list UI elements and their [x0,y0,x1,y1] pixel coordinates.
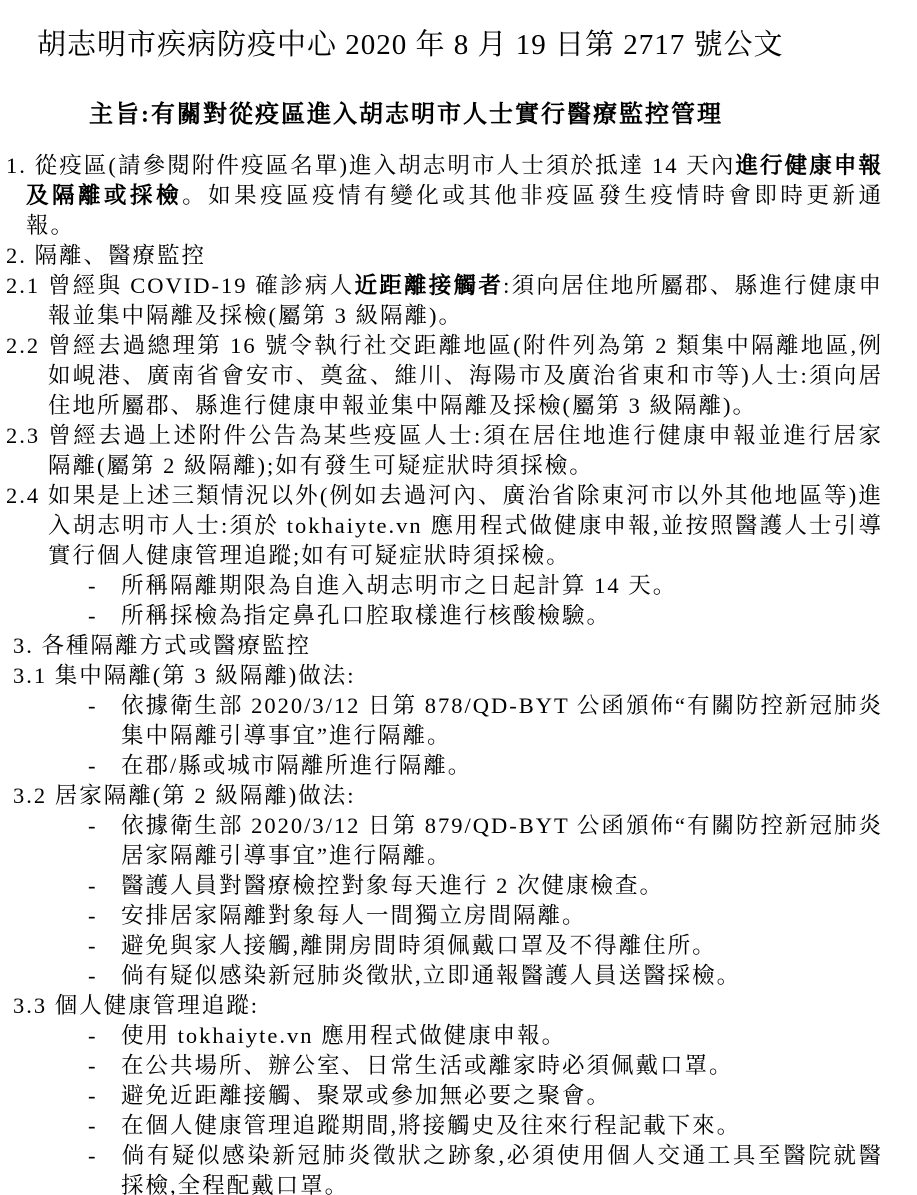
text-run: 醫護人員對醫療檢控對象每天進行 2 次健康檢查。 [121,873,664,898]
item-3-2-b: -醫護人員對醫療檢控對象每天進行 2 次健康檢查。 [6,871,883,901]
item-3-1-a: -依據衛生部 2020/3/12 日第 878/QD-BYT 公函頒佈“有關防控… [6,691,883,751]
item-1: 1. 從疫區(請參閱附件疫區名單)進入胡志明市人士須於抵達 14 天內進行健康申… [6,151,883,241]
bullet-dash: - [88,1141,121,1171]
text-run: 2.4 如果是上述三類情況以外(例如去過河內、廣治省除東河市以外其他地區等)進入… [6,483,883,568]
bullet-dash: - [88,1051,121,1081]
text-run: 使用 tokhaiyte.vn 應用程式做健康申報。 [121,1023,566,1048]
bullet-dash: - [88,961,121,991]
item-2-1: 2.1 曾經與 COVID-19 確診病人近距離接觸者:須向居住地所屬郡、縣進行… [6,271,883,331]
bullet-dash: - [88,1021,121,1051]
item-2-3: 2.3 曾經去過上述附件公告為某些疫區人士:須在居住地進行健康申報並進行居家隔離… [6,421,883,481]
item-3-2: 3.2 居家隔離(第 2 級隔離)做法: [6,781,883,811]
item-3-3: 3.3 個人健康管理追蹤: [6,991,883,1021]
bullet-dash: - [88,1081,121,1111]
text-run: 依據衛生部 2020/3/12 日第 878/QD-BYT 公函頒佈“有關防控新… [121,693,883,748]
item-3-2-d: -避免與家人接觸,離開房間時須佩戴口罩及不得離住所。 [6,931,883,961]
item-3-1-b: -在郡/縣或城市隔離所進行隔離。 [6,751,883,781]
bullet-dash: - [88,901,121,931]
item-3-3-a: -使用 tokhaiyte.vn 應用程式做健康申報。 [6,1021,883,1051]
document-page: 胡志明市疾病防疫中心 2020 年 8 月 19 日第 2717 號公文 主旨:… [0,0,917,1195]
item-3-3-d: -在個人健康管理追蹤期間,將接觸史及往來行程記載下來。 [6,1111,883,1141]
text-run: 3. 各種隔離方式或醫療監控 [13,633,311,658]
document-body: 1. 從疫區(請參閱附件疫區名單)進入胡志明市人士須於抵達 14 天內進行健康申… [0,151,917,1195]
text-run: 安排居家隔離對象每人一間獨立房間隔離。 [121,903,587,928]
text-run: 2. 隔離、醫療監控 [6,243,206,268]
text-run: 3.3 個人健康管理追蹤: [13,993,259,1018]
note-sampling: -所稱採檢為指定鼻孔口腔取樣進行核酸檢驗。 [6,601,883,631]
item-3: 3. 各種隔離方式或醫療監控 [6,631,883,661]
subject-line: 主旨:有關對從疫區進入胡志明市人士實行醫療監控管理 [89,94,917,129]
text-run: 2.1 曾經與 COVID-19 確診病人 [6,273,354,298]
item-3-2-a: -依據衛生部 2020/3/12 日第 879/QD-BYT 公函頒佈“有關防控… [6,811,883,871]
text-run: 依據衛生部 2020/3/12 日第 879/QD-BYT 公函頒佈“有關防控新… [121,813,883,868]
text-run: 2.2 曾經去過總理第 16 號令執行社交距離地區(附件列為第 2 類集中隔離地… [6,333,883,418]
bullet-dash: - [88,751,121,781]
item-3-3-c: -避免近距離接觸、聚眾或參加無必要之聚會。 [6,1081,883,1111]
bullet-dash: - [88,811,121,841]
item-2-4: 2.4 如果是上述三類情況以外(例如去過河內、廣治省除東河市以外其他地區等)進入… [6,481,883,571]
text-run: 3.2 居家隔離(第 2 級隔離)做法: [13,783,356,808]
note-quarantine-period: -所稱隔離期限為自進入胡志明市之日起計算 14 天。 [6,571,883,601]
text-run: 倘有疑似感染新冠肺炎徵狀之跡象,必須使用個人交通工具至醫院就醫採檢,全程配戴口罩… [121,1143,883,1195]
emphasis-text: 近距離接觸者 [354,273,503,298]
text-run: 所稱隔離期限為自進入胡志明市之日起計算 14 天。 [121,573,677,598]
bullet-dash: - [88,931,121,961]
text-run: 所稱採檢為指定鼻孔口腔取樣進行核酸檢驗。 [121,603,611,628]
item-3-3-b: -在公共場所、辦公室、日常生活或離家時必須佩戴口罩。 [6,1051,883,1081]
item-3-1: 3.1 集中隔離(第 3 級隔離)做法: [6,661,883,691]
text-run: 避免近距離接觸、聚眾或參加無必要之聚會。 [121,1083,611,1108]
text-run: 3.1 集中隔離(第 3 級隔離)做法: [13,663,356,688]
item-3-3-e: -倘有疑似感染新冠肺炎徵狀之跡象,必須使用個人交通工具至醫院就醫採檢,全程配戴口… [6,1141,883,1195]
text-run: 在郡/縣或城市隔離所進行隔離。 [121,753,472,778]
text-run: 在公共場所、辦公室、日常生活或離家時必須佩戴口罩。 [121,1053,734,1078]
bullet-dash: - [88,1111,121,1141]
bullet-dash: - [88,601,121,631]
text-run: 倘有疑似感染新冠肺炎徵狀,立即通報醫護人員送醫採檢。 [121,963,741,988]
page-title: 胡志明市疾病防疫中心 2020 年 8 月 19 日第 2717 號公文 [37,26,917,64]
item-3-2-e: -倘有疑似感染新冠肺炎徵狀,立即通報醫護人員送醫採檢。 [6,961,883,991]
text-run: 避免與家人接觸,離開房間時須佩戴口罩及不得離住所。 [121,933,717,958]
text-run: 1. 從疫區(請參閱附件疫區名單)進入胡志明市人士須於抵達 14 天內 [6,153,735,178]
bullet-dash: - [88,871,121,901]
text-run: 2.3 曾經去過上述附件公告為某些疫區人士:須在居住地進行健康申報並進行居家隔離… [6,423,883,478]
text-run: 在個人健康管理追蹤期間,將接觸史及往來行程記載下來。 [121,1113,741,1138]
item-3-2-c: -安排居家隔離對象每人一間獨立房間隔離。 [6,901,883,931]
bullet-dash: - [88,691,121,721]
item-2: 2. 隔離、醫療監控 [6,241,883,271]
bullet-dash: - [88,571,121,601]
item-2-2: 2.2 曾經去過總理第 16 號令執行社交距離地區(附件列為第 2 類集中隔離地… [6,331,883,421]
